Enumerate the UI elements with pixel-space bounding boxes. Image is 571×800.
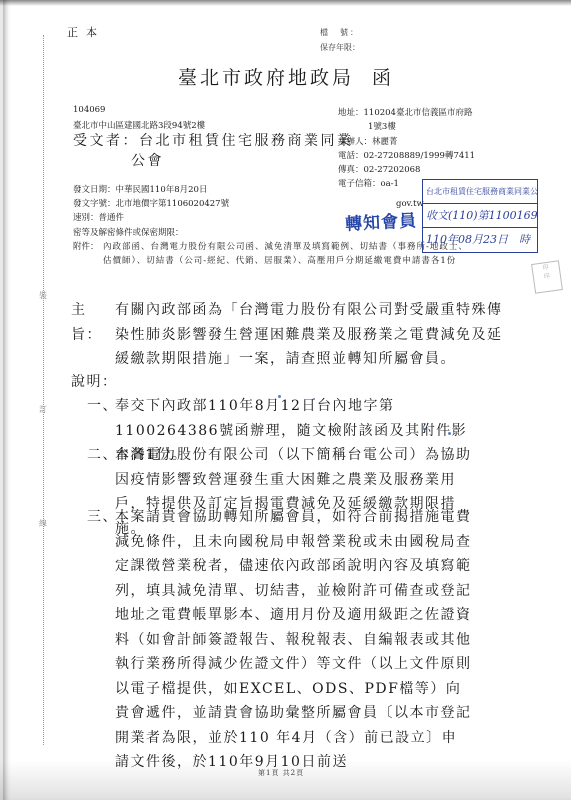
file-number-label: 檔 號： [320,27,360,38]
subject-label: 主旨： [71,298,109,347]
handler: 承辦人：林麗菁 [338,135,475,149]
margin-mark-bind: 裝 [39,290,47,301]
explanation-label: 說明： [71,371,118,391]
binding-line [43,35,44,745]
receipt-stamp-org: 台北市租賃住宅服務商業同業公會 [423,180,537,204]
receipt-stamp-date: 110年08月23日 時 [423,228,537,251]
retention-period-label: 保存年限： [320,42,360,53]
attachments: 附件： 內政部函、台灣電力股份有限公司函、減免清單及填寫範例、切結書（事務所-地… [73,240,473,268]
fax: 傳真：02-27202068 [338,163,475,177]
ink-speck [423,428,427,430]
seal-stamp: 印印 [531,260,563,294]
document-title: 臺北市政府地政局函 [178,63,394,90]
explanation-item: 三、 本案請貴會協助轉知所屬會員，如符合前揭措施電費減免條件，且未向國稅局申報營… [87,505,472,775]
document-number: 發文字號：北市地價字第1106020427號 [73,197,229,211]
security-level: 密等及解密條件或保密期限： [73,226,229,240]
subject-text: 有關內政部函為「台灣電力股份有限公司對受嚴重特殊傳染性肺炎影響發生營運困難農業及… [115,298,511,372]
copy-type: 正本 [67,24,105,40]
recipient-name-line1: 台北市租賃住宅服務商業同業 [139,133,354,149]
forward-to-members-stamp: 轉知會員 [344,206,417,235]
recipient-name-line2: 公會 [73,151,363,171]
margin-mark-line: 線 [39,518,47,529]
attachments-label: 附件： [73,240,99,254]
sender-address-cont: 1號3樓 [338,120,475,134]
recipient: 受文者：台北市租賃住宅服務商業同業 公會 [73,131,363,171]
item-text: 本案請貴會協助轉知所屬會員，如符合前揭措施電費減免條件，且未向國稅局申報營業稅或… [115,505,472,775]
ink-speck [278,395,281,398]
recipient-zip: 104069 [73,105,105,115]
document-meta: 發文日期：中華民國110年8月20日 發文字號：北市地價字第1106020427… [73,183,229,240]
attachments-list: 內政部函、台灣電力股份有限公司函、減免清單及填寫範例、切結書（事務所-地政士、估… [103,240,473,268]
receipt-stamp: 台北市租賃住宅服務商業同業公會 收文(110)第1100169號 110年08月… [422,179,538,253]
item-number: 一、 [87,394,115,419]
receipt-stamp-number: 收文(110)第1100169號 [423,204,537,228]
issue-date: 發文日期：中華民國110年8月20日 [73,183,229,197]
margin-mark-staple: 訂 [39,404,47,415]
scan-shadow-top [0,0,571,6]
ink-speck [313,398,315,400]
scan-shadow-bottom [0,760,571,800]
phone: 電話：02-27208889/1999轉7411 [338,149,475,163]
ink-speck [448,432,451,435]
recipient-label: 受文者： [73,133,139,149]
issuer-name: 臺北市政府地政局 [178,67,354,89]
document-page: 裝 訂 線 正本 檔 號： 保存年限： 臺北市政府地政局函 104069 臺北市… [3,0,571,800]
recipient-address: 臺北市中山區建國北路3段94號2樓 [73,119,205,131]
item-number: 二、 [87,443,115,468]
subject: 主旨： 有關內政部函為「台灣電力股份有限公司對受嚴重特殊傳染性肺炎影響發生營運困… [71,298,511,372]
item-number: 三、 [87,505,115,530]
sender-address: 地址：110204臺北市信義區市府路 [338,106,475,120]
delivery-speed: 速別：普通件 [73,211,229,225]
document-kind: 函 [372,67,394,89]
